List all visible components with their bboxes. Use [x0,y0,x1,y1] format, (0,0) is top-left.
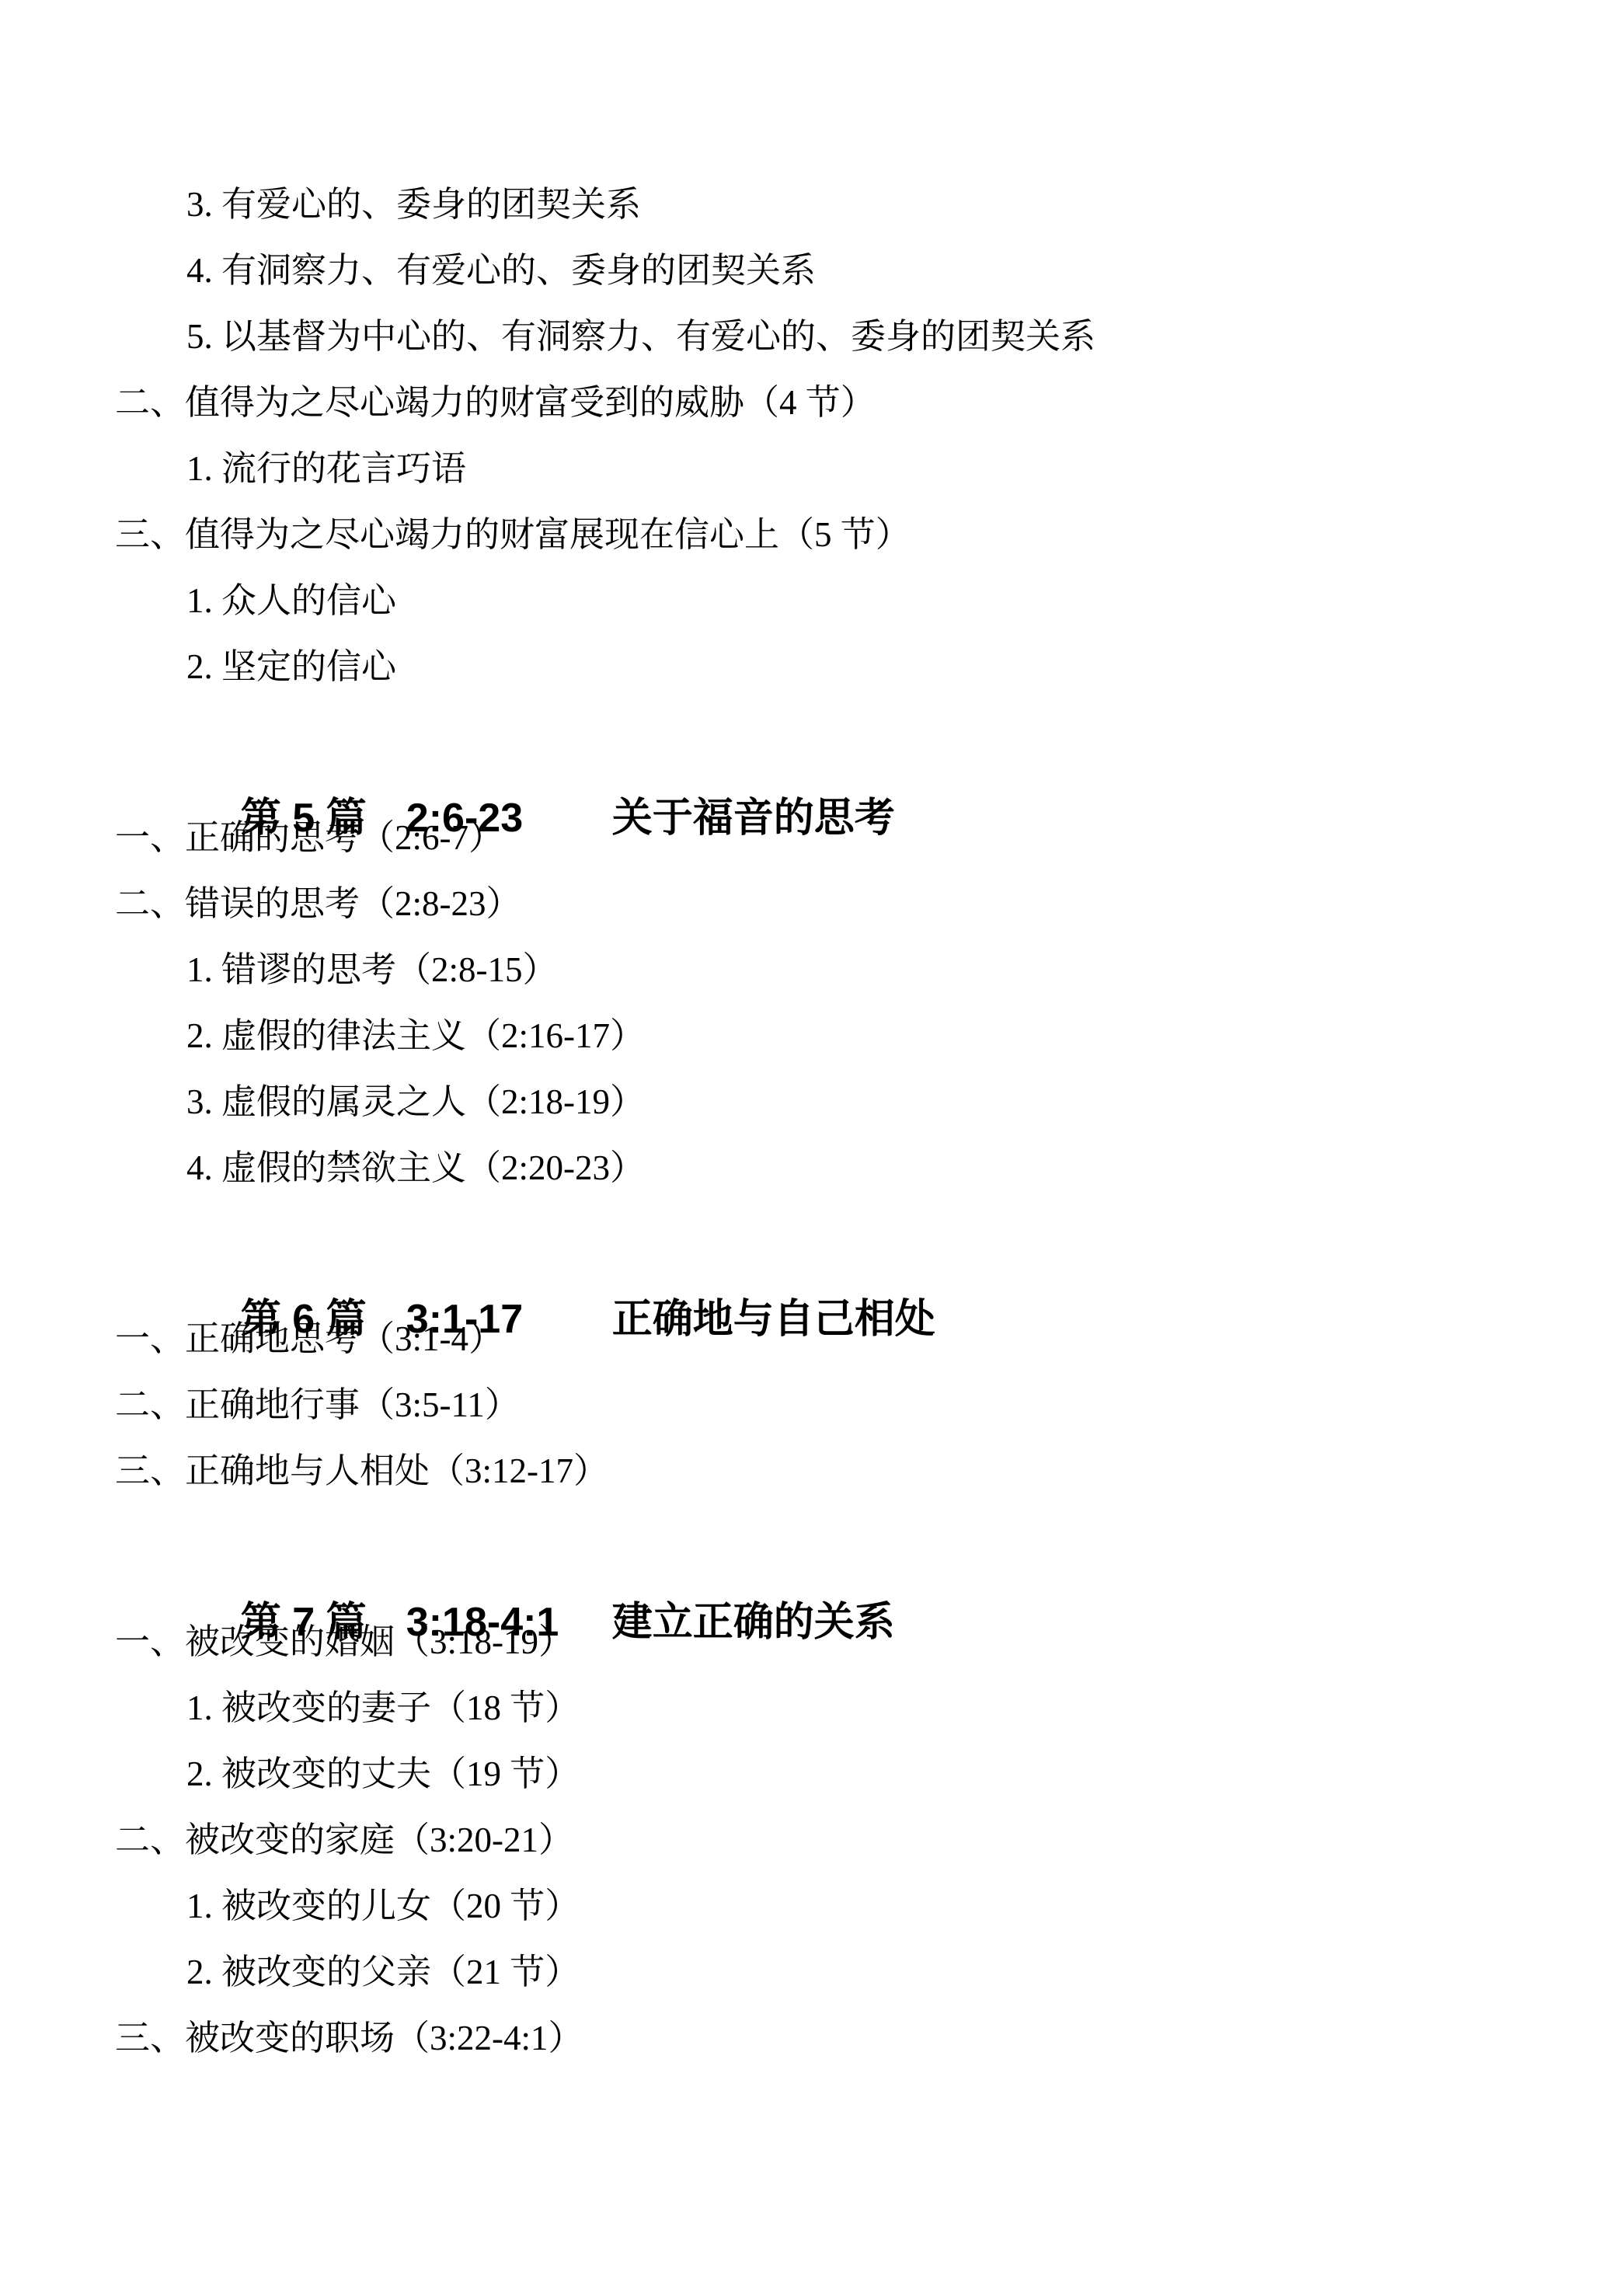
outline-subitem: 1. 众人的信心 [0,568,1616,634]
outline-subitem: 1. 被改变的妻子（18 节） [0,1675,1616,1741]
outline-item-level1: 二、被改变的家庭（3:20-21） [0,1807,1616,1873]
outline-item-level1: 二、值得为之尽心竭力的财富受到的威胁（4 节） [0,370,1616,436]
section-heading: 第 5 篇2:6-23关于福音的思考 [0,719,1616,786]
outline-subitem: 1. 被改变的儿女（20 节） [0,1873,1616,1939]
section-heading: 第 6 篇3:1-17正确地与自己相处 [0,1221,1616,1287]
section-title: 正确地与自己相处 [612,1297,935,1342]
outline-subitem: 4. 有洞察力、有爱心的、委身的团契关系 [0,238,1616,304]
outline-subitem: 2. 被改变的丈夫（19 节） [0,1741,1616,1807]
outline-subitem: 1. 流行的花言巧语 [0,436,1616,502]
outline-item-level1: 三、值得为之尽心竭力的财富展现在信心上（5 节） [0,502,1616,568]
outline-subitem: 3. 有爱心的、委身的团契关系 [0,172,1616,238]
outline-subitem: 2. 被改变的父亲（21 节） [0,1939,1616,2005]
section-title: 建立正确的关系 [612,1600,895,1645]
outline-item-level1: 二、正确地行事（3:5-11） [0,1372,1616,1438]
outline-subitem: 2. 坚定的信心 [0,634,1616,700]
outline-subitem: 3. 虚假的属灵之人（2:18-19） [0,1069,1616,1135]
outline-item-level1: 三、被改变的职场（3:22-4:1） [0,2005,1616,2071]
outline-subitem: 4. 虚假的禁欲主义（2:20-23） [0,1135,1616,1201]
outline-item-level1: 二、错误的思考（2:8-23） [0,871,1616,937]
outline-subitem: 5. 以基督为中心的、有洞察力、有爱心的、委身的团契关系 [0,304,1616,370]
document-page: 3. 有爱心的、委身的团契关系 4. 有洞察力、有爱心的、委身的团契关系 5. … [0,0,1616,2296]
outline-subitem: 2. 虚假的律法主义（2:16-17） [0,1003,1616,1069]
outline-subitem: 1. 错谬的思考（2:8-15） [0,937,1616,1003]
section-heading: 第 7 篇3:18-4:1建立正确的关系 [0,1524,1616,1590]
section-title: 关于福音的思考 [612,796,895,841]
outline-item-level1: 三、正确地与人相处（3:12-17） [0,1438,1616,1504]
